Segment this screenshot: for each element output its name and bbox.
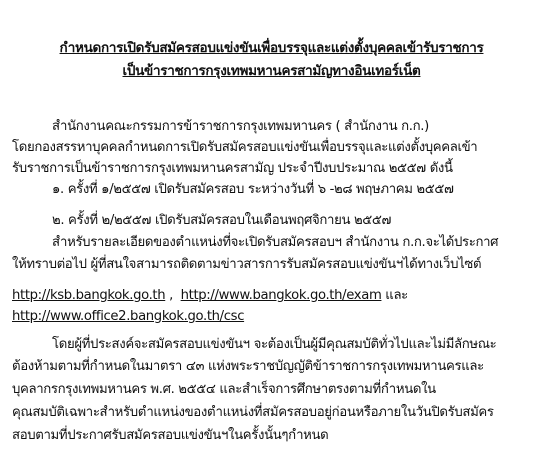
document-title-line-2: เป็นข้าราชการกรุงเทพมหานครสามัญทางอินเทอ…	[0, 59, 543, 81]
link-csc[interactable]: http://www.office2.bangkok.go.th/csc	[12, 309, 244, 324]
link-and-text: และ	[381, 288, 407, 303]
paragraph-intro-line-2: โดยกองสรรหาบุคคลกำหนดการเปิดรับสมัครสอบแ…	[12, 136, 477, 157]
link-ksb[interactable]: http://ksb.bangkok.go.th	[12, 288, 165, 303]
links-line-1: http://ksb.bangkok.go.th , http://www.ba…	[12, 284, 408, 305]
link-separator: ,	[165, 288, 180, 303]
qualification-line-2: ต้องห้ามตามที่กำหนดในมาตรา ๔๓ แห่งพระราช…	[12, 355, 484, 376]
schedule-item-2: ๒. ครั้งที่ ๒/๒๕๕๗ เปิดรับสมัครสอบในเดือ…	[52, 209, 391, 230]
paragraph-intro-line-3: รับราชการเป็นข้าราชการกรุงเทพมหานครสามัญ…	[12, 157, 453, 178]
document-title-line-1: กำหนดการเปิดรับสมัครสอบแข่งขันเพื่อบรรจุ…	[0, 36, 543, 58]
qualification-line-5: สอบตามที่ประกาศรับสมัครสอบแข่งขันฯในครั้…	[12, 424, 328, 445]
paragraph-intro-line-1: สำนักงานคณะกรรมการข้าราชการกรุงเทพมหานคร…	[52, 115, 429, 136]
links-line-2: http://www.office2.bangkok.go.th/csc	[12, 309, 244, 324]
qualification-line-4: คุณสมบัติเฉพาะสำหรับตำแหน่งของตำแหน่งที่…	[12, 401, 494, 422]
qualification-line-1: โดยผู้ที่ประสงค์จะสมัครสอบแข่งขันฯ จะต้อ…	[52, 333, 496, 354]
details-line-1: สำหรับรายละเอียดของตำแหน่งที่จะเปิดรับสม…	[52, 231, 498, 252]
details-line-2: ให้ทราบต่อไป ผู้ที่สนใจสามารถติดตามข่าวส…	[12, 253, 481, 274]
qualification-line-3: บุคลากรกรุงเทพมหานคร พ.ศ. ๒๕๕๔ และสำเร็จ…	[12, 378, 436, 399]
link-exam[interactable]: http://www.bangkok.go.th/exam	[181, 288, 382, 303]
schedule-item-1: ๑. ครั้งที่ ๑/๒๕๕๗ เปิดรับสมัครสอบ ระหว่…	[52, 178, 454, 199]
